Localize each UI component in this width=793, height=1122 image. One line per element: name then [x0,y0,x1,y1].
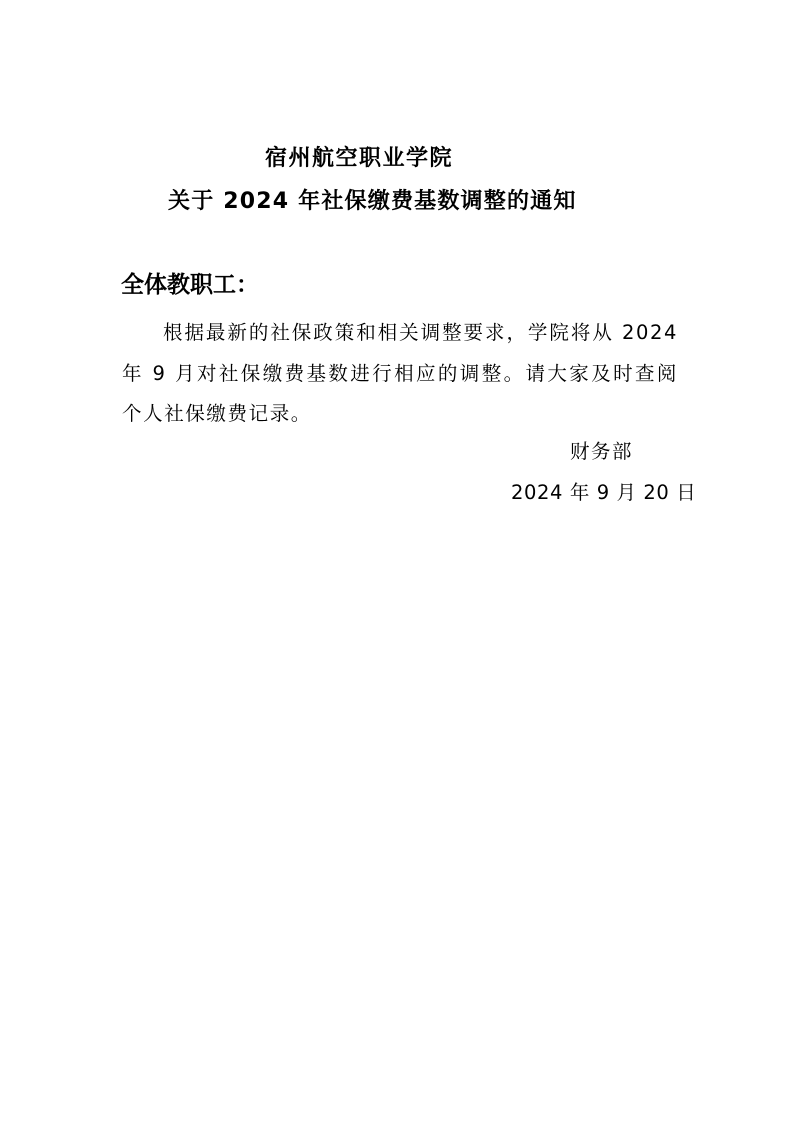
greeting: 全体教职工： [121,270,259,300]
notice-body: 根据最新的社保政策和相关调整要求，学院将从 2024 年 9 月对社保缴费基数进… [122,313,678,435]
notice-title: 关于 2024 年社保缴费基数调整的通知 [168,187,577,217]
notice-date: 2024 年 9 月 20 日 [511,478,696,508]
document-page: 宿州航空职业学院 关于 2024 年社保缴费基数调整的通知 全体教职工： 根据最… [0,0,793,1122]
institution-title: 宿州航空职业学院 [265,144,453,174]
signature-department: 财务部 [570,437,633,467]
